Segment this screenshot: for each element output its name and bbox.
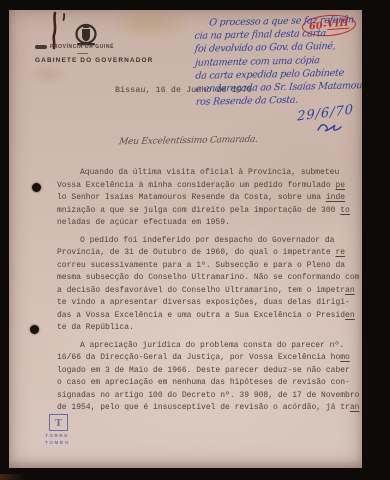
body-line: te vindo a apresentar diversas exposiçõe…	[57, 297, 359, 310]
archive-stamp: T TORRE TOMBO	[45, 414, 70, 445]
letter-body: Aquando da última visita oficial à Proví…	[57, 167, 359, 420]
scanned-letter: PROVÍNCIA DA GUINÉ GABINETE DO GOVERNADO…	[0, 0, 390, 480]
archive-stamp-letter: T	[49, 414, 68, 431]
punch-hole	[30, 325, 39, 334]
body-line: te da República.	[57, 322, 359, 335]
body-line: signadas no artigo 100 do Decreto nº. 39…	[57, 390, 359, 403]
hyphenation-underline: an	[345, 286, 355, 295]
body-line: A apreciação jurídica do problema consta…	[57, 340, 359, 353]
body-line: lo Senhor Isaías Matamouros Resende da C…	[57, 192, 359, 205]
hyphenation-underline: en	[345, 311, 355, 320]
body-line: o caso em apreciação em nenhuma das hipó…	[57, 377, 359, 390]
body-paragraph: O pedido foi indeferido por despacho do …	[57, 235, 359, 335]
body-line: 16/66 da Direcção-Geral da Justiça, por …	[57, 352, 359, 365]
body-line: de 1954, pelo que é insusceptível de rev…	[57, 402, 359, 415]
punch-hole	[32, 183, 41, 192]
body-line: correu sucessivamente para a 1ª. Subsecç…	[57, 260, 359, 273]
hyphenation-underline: mo	[340, 353, 350, 362]
hyphenation-underline: an	[350, 403, 360, 412]
ink-smudge	[35, 45, 47, 49]
archive-stamp-row: TOMBO	[45, 440, 70, 445]
body-line: das a Vossa Excelência e uma outra a Sua…	[57, 310, 359, 323]
salutation: Meu Excelentíssimo Camarada.	[118, 135, 258, 147]
body-paragraph: A apreciação jurídica do problema consta…	[57, 340, 359, 415]
letterhead-province-line: PROVÍNCIA DA GUINÉ	[35, 44, 114, 50]
archive-stamp-row: TORRE	[45, 433, 70, 438]
body-line: Vossa Excelência à minha consideração um…	[57, 180, 359, 193]
body-paragraph: Aquando da última visita oficial à Proví…	[57, 167, 359, 230]
letterhead-office: GABINETE DO GOVERNADOR	[35, 57, 153, 64]
body-line: Província, de 31 de Outubro de 1960, do …	[57, 247, 359, 260]
note-initials-signature	[315, 120, 345, 136]
body-line: a decisão desfavorável do Conselho Ultra…	[57, 285, 359, 298]
hyphenation-underline: pe	[335, 181, 345, 190]
letter-page: PROVÍNCIA DA GUINÉ GABINETE DO GOVERNADO…	[9, 10, 362, 468]
body-line: O pedido foi indeferido por despacho do …	[57, 235, 359, 248]
letterhead-province: PROVÍNCIA DA GUINÉ	[50, 44, 114, 50]
body-line: neladas de açúcar efectuada em 1959.	[57, 217, 359, 230]
body-line: mesma subsecção do Conselho Ultramarino.…	[57, 272, 359, 285]
body-line: logado em 3 de Maio de 1966. Deste parec…	[57, 365, 359, 378]
body-line: mnização a que se julga com direito pela…	[57, 205, 359, 218]
hyphenation-underline: inde	[326, 193, 345, 202]
hyphenation-underline: re	[335, 248, 345, 257]
hyphenation-underline: to	[340, 206, 350, 215]
margin-note: O processo a que se faz referência na pa…	[194, 13, 368, 109]
letterhead-divider	[77, 53, 88, 55]
body-line: Aquando da última visita oficial à Proví…	[57, 167, 359, 180]
